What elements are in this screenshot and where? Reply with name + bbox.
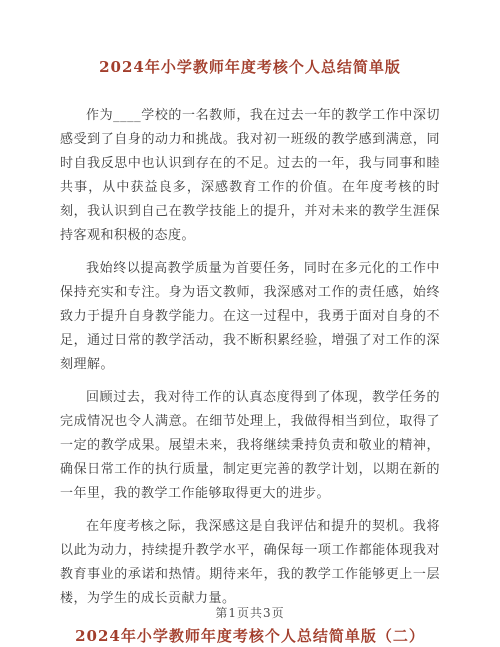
section-heading-part-two: 2024年小学教师年度考核个人总结简单版（二） [60,625,440,647]
paragraph-2: 我始终以提高教学质量为首要任务，同时在多元化的工作中保持充实和专注。身为语文教师… [60,257,440,377]
page-number-footer: 第1页共3页 [0,604,500,621]
paragraph-3: 回顾过去，我对待工作的认真态度得到了体现，教学任务的完成情况也令人满意。在细节处… [60,386,440,506]
paragraph-1: 作为____学校的一名教师，我在过去一年的教学工作中深切感受到了自身的动力和挑战… [60,104,440,248]
paragraph-4: 在年度考核之际，我深感这是自我评估和提升的契机。我将以此为动力，持续提升教学水平… [60,515,440,611]
document-page: 2024年小学教师年度考核个人总结简单版 作为____学校的一名教师，我在过去一… [0,0,500,647]
document-body: 作为____学校的一名教师，我在过去一年的教学工作中深切感受到了自身的动力和挑战… [60,78,440,647]
document-title: 2024年小学教师年度考核个人总结简单版 [0,0,500,78]
